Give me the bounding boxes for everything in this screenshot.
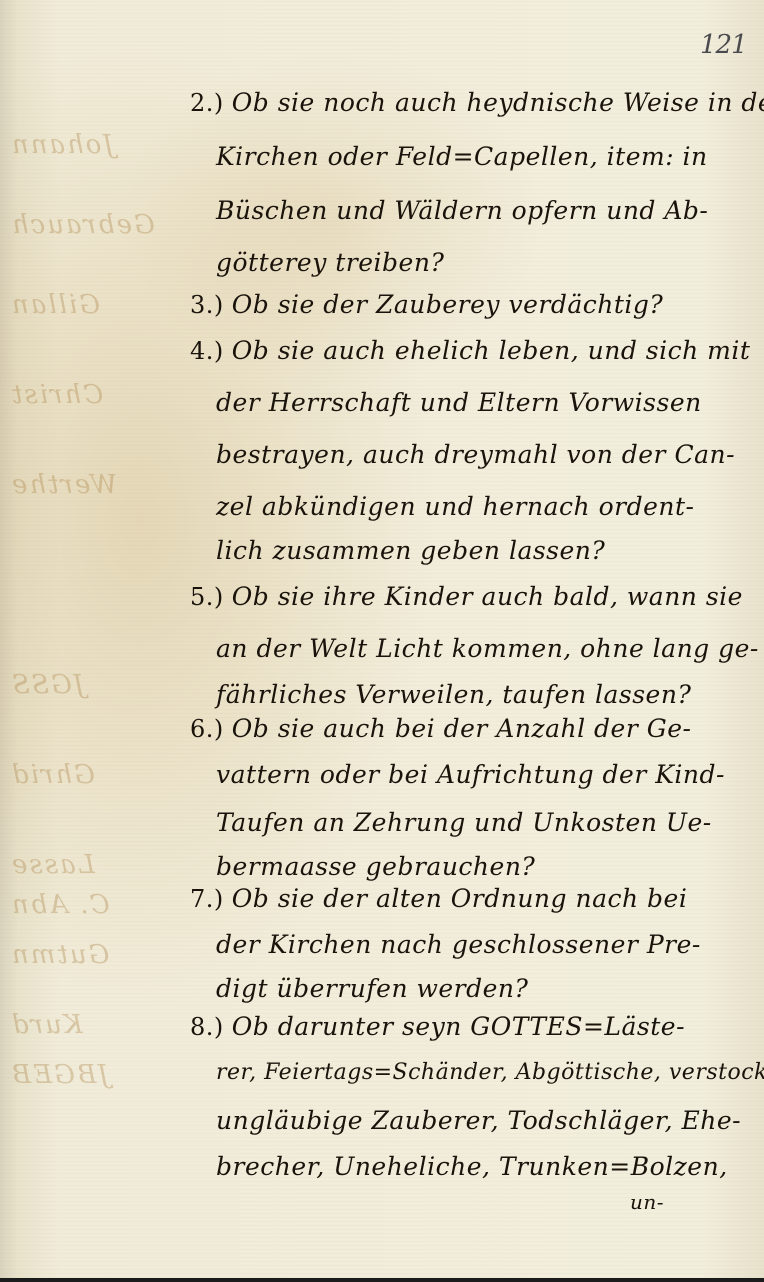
entry-number: 4.) xyxy=(190,337,224,365)
entry-6-line-1: 6.)Ob sie auch bei der Anzahl der Ge- xyxy=(190,714,691,743)
bleed-line: Ghrid xyxy=(10,760,95,790)
entry-number: 3.) xyxy=(190,291,224,319)
entry-6-line-4: bermaasse gebrauchen? xyxy=(216,852,535,881)
bleed-line: Johann xyxy=(10,130,114,160)
entry-2-line-4: götterey treiben? xyxy=(216,248,444,277)
entry-4-line-2: der Herrschaft und Eltern Vorwissen xyxy=(216,388,702,417)
bleed-line: JBGEB xyxy=(10,1060,109,1090)
entry-7-line-1: 7.)Ob sie der alten Ordnung nach bei xyxy=(190,884,687,913)
entry-6-line-2: vattern oder bei Aufrichtung der Kind- xyxy=(216,760,725,789)
entry-4-line-4: zel abkündigen und hernach ordent- xyxy=(216,492,694,521)
bleed-line: Christ xyxy=(10,380,103,410)
bleed-line: JGSS xyxy=(10,670,84,700)
folio-number: 121 xyxy=(700,30,747,60)
catchword: un- xyxy=(630,1190,664,1214)
manuscript-page: Johann Gebrauch Gillan Christ Werthe JGS… xyxy=(0,0,764,1282)
entry-7-line-3: digt überrufen werden? xyxy=(216,974,528,1003)
entry-5-line-3: fährliches Verweilen, taufen lassen? xyxy=(216,680,691,709)
scan-bottom-edge xyxy=(0,1278,764,1282)
entry-4-line-1: 4.)Ob sie auch ehelich leben, und sich m… xyxy=(190,336,750,365)
entry-2-line-1: 2.)Ob sie noch auch heydnische Weise in … xyxy=(190,88,764,117)
entry-8-line-2: rer, Feiertags=Schänder, Abgöttische, ve… xyxy=(216,1060,764,1085)
entry-number: 7.) xyxy=(190,885,224,913)
bleed-line: Gutmn xyxy=(10,940,109,970)
entry-5-line-2: an der Welt Licht kommen, ohne lang ge- xyxy=(216,634,759,663)
entry-8-line-4: brecher, Uneheliche, Trunken=Bolzen, xyxy=(216,1152,728,1181)
bleed-line: Gebrauch xyxy=(10,210,155,240)
entry-6-line-3: Taufen an Zehrung und Unkosten Ue- xyxy=(216,808,712,837)
entry-4-line-3: bestrayen, auch dreymahl von der Can- xyxy=(216,440,735,469)
bleed-line: Gillan xyxy=(10,290,100,320)
entry-number: 8.) xyxy=(190,1013,224,1041)
entry-7-line-2: der Kirchen nach geschlossener Pre- xyxy=(216,930,701,959)
entry-number: 6.) xyxy=(190,715,224,743)
entry-8-line-1: 8.)Ob darunter seyn GOTTES=Läste- xyxy=(190,1012,685,1041)
entry-3-line-1: 3.)Ob sie der Zauberey verdächtig? xyxy=(190,290,663,319)
entry-2-line-3: Büschen und Wäldern opfern und Ab- xyxy=(216,196,708,225)
entry-5-line-1: 5.)Ob sie ihre Kinder auch bald, wann si… xyxy=(190,582,743,611)
bleed-line: Werthe xyxy=(10,470,117,500)
entry-8-line-3: ungläubige Zauberer, Todschläger, Ehe- xyxy=(216,1106,741,1135)
bleed-through-text: Johann Gebrauch Gillan Christ Werthe JGS… xyxy=(10,110,220,1160)
entry-number: 2.) xyxy=(190,89,224,117)
entry-2-line-2: Kirchen oder Feld=Capellen, item: in xyxy=(216,142,708,171)
bleed-line: Kurd xyxy=(10,1010,83,1040)
entry-number: 5.) xyxy=(190,583,224,611)
bleed-line: C. Abn xyxy=(10,890,110,920)
entry-4-line-5: lich zusammen geben lassen? xyxy=(216,536,605,565)
bleed-line: Lasse xyxy=(10,850,95,880)
